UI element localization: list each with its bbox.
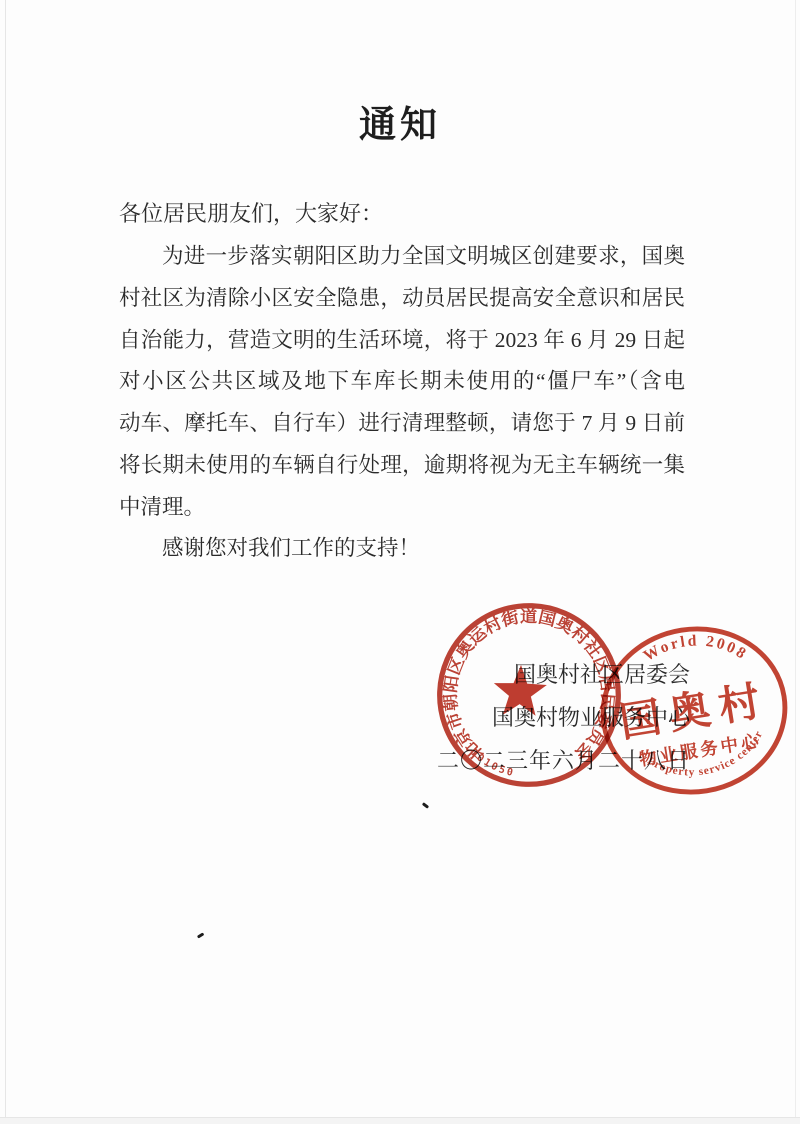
- ink-mark: [422, 802, 429, 809]
- star-icon: [493, 664, 548, 716]
- body-line: 中清理。: [119, 494, 685, 521]
- greeting-line: 各位居民朋友们，大家好：: [119, 200, 685, 228]
- body-line: 为进一步落实朝阳区助力全国文明城区创建要求，国奥: [119, 243, 685, 270]
- body-line: 动车、摩托车、自行车）进行清理整顿，请您于 7 月 9 日前: [119, 410, 685, 437]
- document-title: 通知: [0, 94, 800, 148]
- ink-mark: [197, 932, 204, 938]
- paper-edge-right: [795, 0, 796, 1124]
- property-seal-stamp: World 2008 Property service center 国奥村 物…: [583, 607, 800, 814]
- body-line: 村社区为清除小区安全隐患，动员居民提高安全意识和居民: [119, 285, 685, 312]
- svg-text:World 2008: World 2008: [639, 623, 753, 678]
- body-line: 将长期未使用的车辆自行处理，逾期将视为无主车辆统一集: [119, 452, 685, 479]
- seal-top-arc-text: World 2008: [639, 623, 753, 678]
- thanks-line: 感谢您对我们工作的支持！: [162, 535, 420, 562]
- paper-edge-left: [5, 0, 6, 1124]
- body-line: 对小区公共区域及地下车库长期未使用的“僵尸车”（含电: [119, 368, 685, 395]
- paper-bottom-strip: [0, 1118, 800, 1124]
- body-line: 自治能力，营造文明的生活环境，将于 2023 年 6 月 29 日起: [119, 327, 685, 354]
- notice-document: 通知 各位居民朋友们，大家好： 为进一步落实朝阳区助力全国文明城区创建要求，国奥…: [0, 0, 800, 1124]
